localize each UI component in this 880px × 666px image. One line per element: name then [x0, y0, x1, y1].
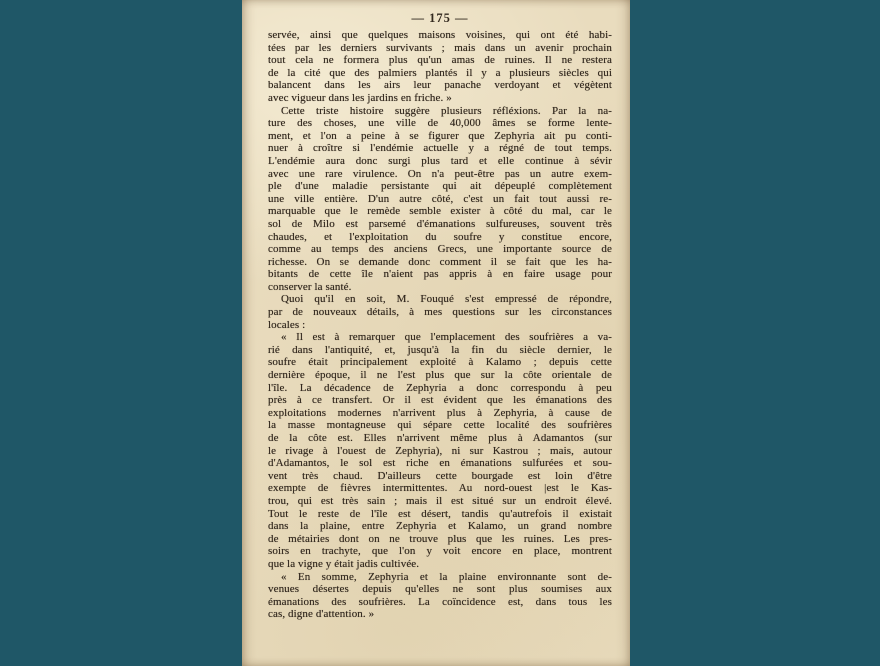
page-number: — 175 — [268, 11, 612, 26]
text-line: de métairies dont on ne trouve plus que … [268, 533, 612, 546]
text-line: venues désertes depuis qu'elles ne sont … [268, 583, 612, 596]
text-line: « En somme, Zephyria et la plaine enviro… [268, 571, 612, 584]
text-line: comme au temps des anciens Grecs, une im… [268, 243, 612, 256]
paragraph: servée, ainsi que quelques maisons voisi… [268, 29, 612, 105]
text-line: le rivage à l'ouest de Zephyria), ni sur… [268, 445, 612, 458]
scan-background: — 175 — servée, ainsi que quelques maiso… [0, 0, 880, 666]
text-line: Tout le reste de l'île est désert, tandi… [268, 508, 612, 521]
text-line: servée, ainsi que quelques maisons voisi… [268, 29, 612, 42]
paragraph: « Il est à remarquer que l'emplacement d… [268, 331, 612, 570]
text-line: par de nouveaux détails, à mes questions… [268, 306, 612, 319]
text-line: de la cité que des palmiers plantés il y… [268, 67, 612, 80]
text-line: vent très chaud. D'ailleurs cette bourga… [268, 470, 612, 483]
text-line: locales : [268, 319, 612, 332]
text-line: trou, qui est très sain ; mais il est si… [268, 495, 612, 508]
text-line: marquable que le remède semble exister à… [268, 205, 612, 218]
text-line: ple d'une maladie persistante qui ait dé… [268, 180, 612, 193]
text-line: près à ce transfert. Or il est évident q… [268, 394, 612, 407]
text-line: richesse. On se demande donc comment il … [268, 256, 612, 269]
text-line: soirs en trachyte, que l'on y voit encor… [268, 545, 612, 558]
paragraph: Quoi qu'il en soit, M. Fouqué s'est empr… [268, 293, 612, 331]
text-line: dernière époque, il ne l'est plus que su… [268, 369, 612, 382]
text-line: émanations des soufrières. La coïncidenc… [268, 596, 612, 609]
book-page: — 175 — servée, ainsi que quelques maiso… [242, 0, 630, 666]
text-line: balancent dans les airs leur panache ver… [268, 79, 612, 92]
text-line: bitants de cette île n'aient pas appris … [268, 268, 612, 281]
text-line: d'Adamantos, le sol est riche en émanati… [268, 457, 612, 470]
text-line: tées par les derniers survivants ; mais … [268, 42, 612, 55]
text-line: « Il est à remarquer que l'emplacement d… [268, 331, 612, 344]
text-line: Cette triste histoire suggère plusieurs … [268, 105, 612, 118]
text-line: dans la plaine, entre Zephyria et Kalamo… [268, 520, 612, 533]
text-line: soufre était principalement exploité à K… [268, 356, 612, 369]
text-line: rié dans l'antiquité, et, jusqu'à la fin… [268, 344, 612, 357]
text-line: ment, et l'on a peine à se figurer que Z… [268, 130, 612, 143]
paragraph: « En somme, Zephyria et la plaine enviro… [268, 571, 612, 621]
text-line: une ville entière. D'un autre côté, c'es… [268, 193, 612, 206]
text-line: avec vigueur dans les jardins en friche.… [268, 92, 612, 105]
text-line: exploitations modernes n'arrivent plus à… [268, 407, 612, 420]
text-line: L'endémie aura donc surgi plus tard et e… [268, 155, 612, 168]
text-line: l'île. La décadence de Zephyria a donc c… [268, 382, 612, 395]
paragraph: Cette triste histoire suggère plusieurs … [268, 105, 612, 294]
page-text: servée, ainsi que quelques maisons voisi… [268, 29, 612, 621]
text-line: Quoi qu'il en soit, M. Fouqué s'est empr… [268, 293, 612, 306]
text-line: nuer à croître si l'endémie actuelle y a… [268, 142, 612, 155]
text-line: cas, digne d'attention. » [268, 608, 612, 621]
text-line: la masse montagneuse qui sépare cette lo… [268, 419, 612, 432]
text-line: chaudes, et l'exploitation du soufre y c… [268, 231, 612, 244]
text-line: que la vigne y était jadis cultivée. [268, 558, 612, 571]
text-line: de la côte est. Elles n'arrivent même pl… [268, 432, 612, 445]
text-line: conserver la santé. [268, 281, 612, 294]
text-line: exempte de fièvres intermittentes. Au no… [268, 482, 612, 495]
text-line: tout cela ne formera plus qu'un amas de … [268, 54, 612, 67]
text-line: ture des choses, une ville de 40,000 âme… [268, 117, 612, 130]
text-line: sol de Milo est parsemé d'émanations sul… [268, 218, 612, 231]
text-line: avec une rare virulence. On n'a peut-êtr… [268, 168, 612, 181]
